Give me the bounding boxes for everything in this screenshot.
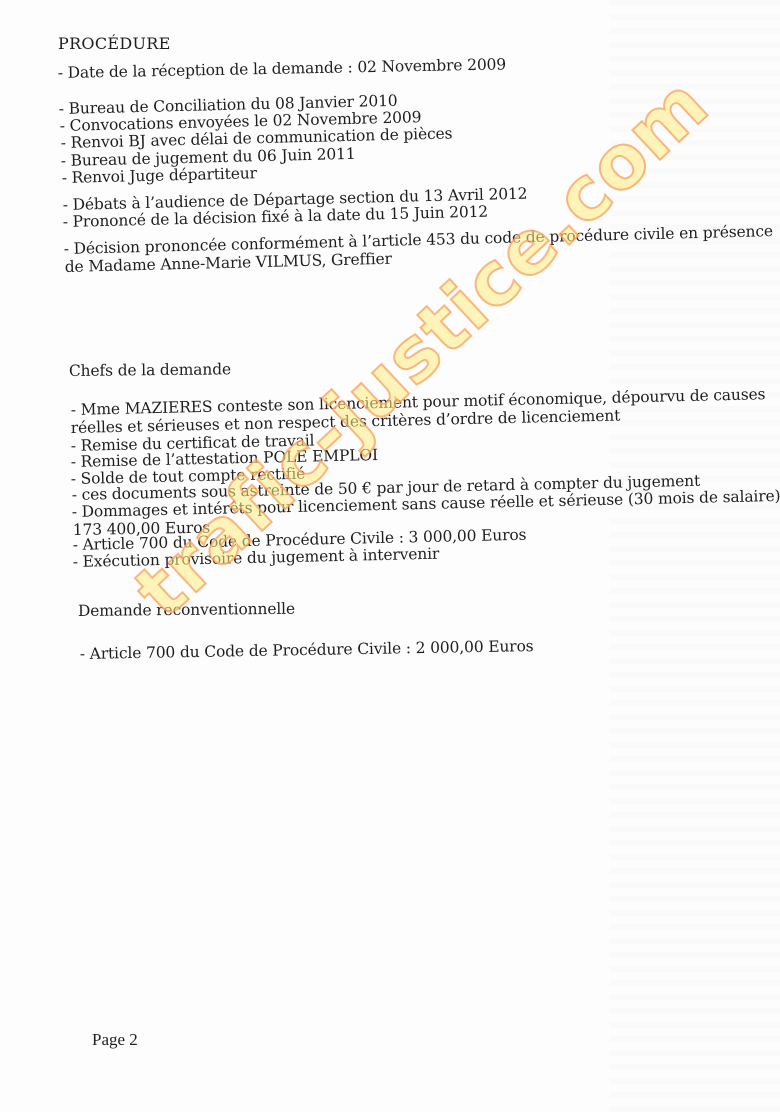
claims-heading: Chefs de la demande (69, 360, 231, 380)
reception-date-line: - Date de la réception de la demande : 0… (58, 55, 506, 82)
bleed-through-shadow (610, 0, 780, 1112)
document-page: PROCÉDURE - Date de la réception de la d… (0, 0, 780, 1112)
procedure-step: - Renvoi Juge départiteur (62, 164, 257, 187)
procedure-heading: PROCÉDURE (58, 35, 171, 53)
counterclaim-heading: Demande reconventionnelle (78, 600, 295, 620)
counterclaim-item: - Article 700 du Code de Procédure Civil… (80, 637, 534, 663)
page-number: Page 2 (92, 1030, 138, 1050)
